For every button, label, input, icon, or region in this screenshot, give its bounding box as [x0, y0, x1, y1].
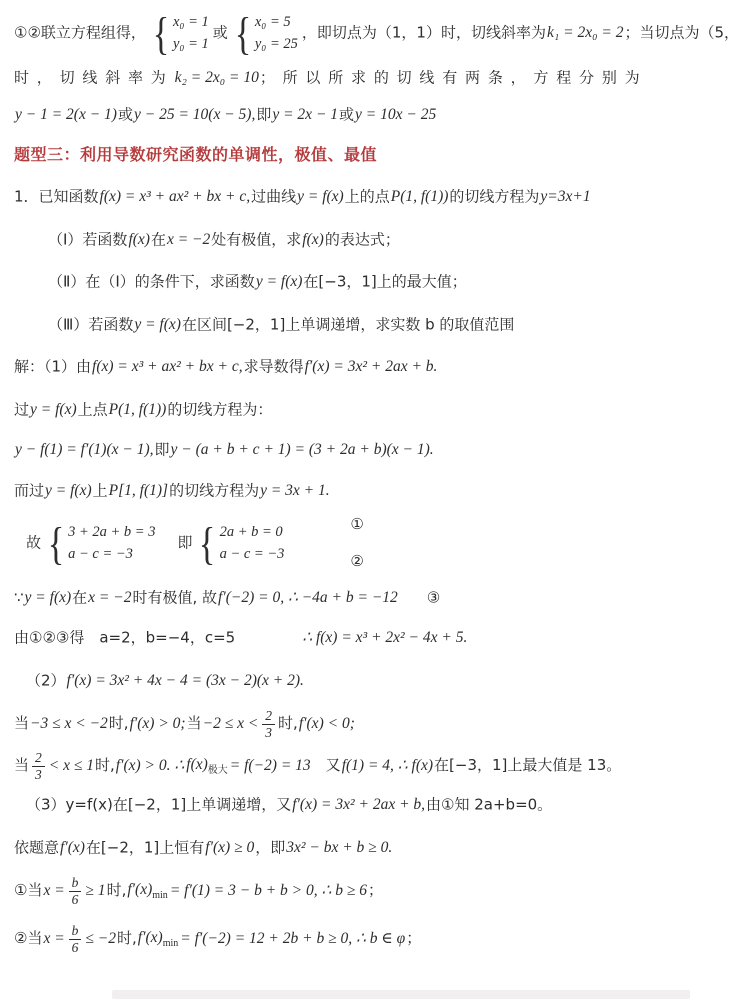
- text-run: 由①②③得 a=2，b=−4，c=5: [14, 628, 235, 646]
- math-run: P(1, f(1)): [108, 401, 168, 418]
- equation-rows: x₀ = 1y₀ = 1: [173, 14, 209, 52]
- text-run: 时,: [109, 714, 129, 732]
- text-run: ∵: [14, 588, 24, 606]
- text-run: 依题意: [14, 838, 59, 856]
- math-run: f′(x): [59, 839, 86, 856]
- text-run: ①当: [14, 881, 42, 899]
- text-run: 当: [14, 714, 29, 732]
- left-brace-icon: {: [48, 524, 65, 563]
- text-run: 上点: [78, 400, 108, 418]
- math-run: ∴ f(x) = x³ + 2x² − 4x + 5.: [301, 629, 468, 646]
- text-run: ；: [406, 929, 421, 947]
- math-run: f(x): [127, 231, 151, 248]
- math-run: f′(x)min: [126, 881, 168, 898]
- text-run: ；: [368, 881, 383, 899]
- math-subscript: 极大: [208, 765, 228, 776]
- line-part3-setup: （3）y=f(x)在[−2，1]上单调递增，又f′(x) = 3x² + 2ax…: [14, 794, 723, 816]
- text-run: 过: [14, 400, 29, 418]
- fraction: 23: [262, 708, 275, 740]
- line-part-3: （Ⅲ）若函数y = f(x)在区间[−2，1]上单调递增，求实数 b 的取值范围: [14, 314, 723, 336]
- text-run: ；当切点为（5，25）: [624, 24, 733, 42]
- math-run: f′(x) = 3x² + 2ax + b,: [291, 796, 426, 813]
- denominator: 3: [262, 725, 275, 741]
- text-run: 在[−2，1]上恒有: [86, 838, 204, 856]
- left-brace-icon: {: [153, 14, 170, 53]
- line-system: 故{3 + 2a + b = 3a − c = −3即{2a + b = 0a …: [14, 514, 723, 573]
- text-run: 的切线方程为：: [167, 400, 272, 418]
- line-tangent-at-p: 过y = f(x)上点P(1, f(1))的切线方程为：: [14, 399, 723, 421]
- text-run: ②当: [14, 929, 42, 947]
- text-run: 时,: [117, 929, 137, 947]
- math-run: ≤ −2: [84, 930, 117, 947]
- text-run: 时,: [95, 756, 115, 774]
- denominator: 3: [32, 767, 45, 783]
- line-part-2: （Ⅱ）在（Ⅰ）的条件下，求函数y = f(x)在[−3，1]上的最大值；: [14, 271, 723, 293]
- math-run: y = f(x): [133, 316, 182, 333]
- math-run: < x ≤ 1: [48, 757, 95, 774]
- equation-system: {3 + 2a + b = 3a − c = −3: [45, 524, 155, 563]
- numerator: 2: [32, 750, 45, 767]
- math-run: x =: [42, 930, 65, 947]
- numerator: b: [69, 875, 82, 892]
- math-run: = f′(−2) = 12 + 2b + b ≥ 0, ∴ b ∈ φ: [179, 930, 406, 947]
- math-run: 3x² − bx + b ≥ 0.: [285, 839, 393, 856]
- equation-row: y₀ = 1: [173, 36, 209, 53]
- text-run: （2）: [26, 671, 66, 689]
- circled-number-tag: ①: [350, 514, 363, 536]
- line-problem-1: 1．已知函数f(x) = x³ + ax² + bx + c,过曲线y = f(…: [14, 186, 723, 208]
- math-run: x = −2: [166, 231, 211, 248]
- fraction: b6: [69, 875, 82, 907]
- text-run: 在: [72, 588, 87, 606]
- math-base: f(x): [186, 756, 208, 773]
- text-run: 而过: [14, 481, 44, 499]
- equation-system: {x₀ = 1y₀ = 1: [150, 14, 209, 53]
- text-run: 题型三：利用导数研究函数的单调性，极值、最值: [14, 145, 377, 164]
- text-run: 1．已知函数: [14, 188, 99, 206]
- line-extreme-condition: ∵y = f(x)在x = −2时有极值, 故f′(−2) = 0, ∴ −4a…: [14, 587, 723, 609]
- text-run: ，即切点为（1，1）时，切线斜率为: [302, 24, 546, 42]
- denominator: 6: [69, 892, 82, 908]
- equation-rows: 3 + 2a + b = 3a − c = −3: [68, 524, 155, 562]
- text-run: 时,: [107, 881, 127, 899]
- math-run: f′(x) > 0. ∴: [115, 757, 185, 774]
- line-slope-two: 时，切线斜率为k₂ = 2x₀ = 10；所以所求的切线有两条，方程分别为: [14, 67, 723, 89]
- text-run: ①②联立方程组得，: [14, 24, 146, 42]
- text-run: ，即: [255, 838, 285, 856]
- equation-row: x₀ = 5: [255, 14, 298, 31]
- math-run: x = −2: [87, 589, 132, 606]
- equation-rows: x₀ = 5y₀ = 25: [255, 14, 298, 52]
- denominator: 6: [69, 940, 82, 956]
- text-run: 故: [26, 533, 41, 551]
- math-subscript: min: [152, 890, 168, 901]
- math-run: f′(x) = 3x² + 2ax + b.: [304, 358, 439, 375]
- math-run: P(1, f(1)): [390, 188, 450, 205]
- text-run: 即: [155, 440, 170, 458]
- text-run: （3）y=f(x)在[−2，1]上单调递增，又: [26, 795, 291, 813]
- text-run: 解：（1）由: [14, 357, 91, 375]
- line-solution-1: 解：（1）由f(x) = x³ + ax² + bx + c,求导数得f′(x)…: [14, 356, 723, 378]
- math-run: −2 ≤ x <: [202, 715, 260, 732]
- text-run: 时，切线斜率为: [14, 68, 174, 86]
- text-run: ；所以所求的切线有两条，方程分别为: [260, 68, 648, 86]
- text-run: 即: [177, 533, 192, 551]
- math-run: f′(x) > 0;: [129, 715, 187, 732]
- equation-row: a − c = −3: [220, 546, 285, 563]
- circled-number-tag: ②: [350, 551, 363, 573]
- math-run: y = f(x): [44, 482, 93, 499]
- text-run: 上的点: [345, 188, 390, 206]
- math-run: f(x): [301, 231, 325, 248]
- equation-system: {2a + b = 0a − c = −3: [196, 524, 284, 563]
- text-run: ③: [427, 588, 440, 606]
- document-page: ①②联立方程组得，{x₀ = 1y₀ = 1或{x₀ = 5y₀ = 25，即切…: [0, 0, 733, 1001]
- text-run: 由①知 2a+b=0。: [426, 795, 552, 813]
- math-run: f(x) = x³ + ax² + bx + c,: [91, 358, 244, 375]
- equation-row: 2a + b = 0: [220, 524, 285, 541]
- math-run: f′(x) = 3x² + 4x − 4 = (3x − 2)(x + 2).: [66, 672, 305, 689]
- document-body: ①②联立方程组得，{x₀ = 1y₀ = 1或{x₀ = 5y₀ = 25，即切…: [14, 14, 723, 955]
- line-inequality: 依题意f′(x)在[−2，1]上恒有f′(x) ≥ 0，即3x² − bx + …: [14, 837, 723, 859]
- text-run: 在[−3，1]上最大值是 13。: [434, 756, 621, 774]
- text-run: 的表达式；: [325, 230, 400, 248]
- text-run: 在区间[−2，1]上单调递增，求实数 b 的取值范围: [182, 315, 514, 333]
- line-sign-analysis-1: 当−3 ≤ x < −2时,f′(x) > 0;当−2 ≤ x <23时,f′(…: [14, 708, 723, 740]
- text-run: 的切线方程为: [449, 188, 539, 206]
- math-run: y = f(x): [296, 188, 345, 205]
- left-brace-icon: {: [235, 14, 252, 53]
- math-run: y = f(x): [24, 589, 73, 606]
- text-run: 在: [151, 230, 166, 248]
- line-part-1: （Ⅰ）若函数f(x)在x = −2处有极值，求f(x)的表达式；: [14, 229, 723, 251]
- math-run: y = 3x + 1.: [259, 482, 331, 499]
- math-run: f(1) = 4, ∴ f(x): [341, 757, 434, 774]
- math-run: y − (a + b + c + 1) = (3 + 2a + b)(x − 1…: [170, 441, 435, 458]
- line-tangent-expanded: y − f(1) = f′(1)(x − 1),即y − (a + b + c …: [14, 439, 723, 461]
- math-run: = f(−2) = 13: [229, 757, 312, 774]
- text-run: 当: [187, 714, 202, 732]
- text-run: 时,: [278, 714, 298, 732]
- line-case-2: ②当x =b6≤ −2时,f′(x)min= f′(−2) = 12 + 2b …: [14, 923, 723, 955]
- math-run: f′(x)min: [137, 929, 179, 946]
- numerator: b: [69, 923, 82, 940]
- math-run: y − f(1) = f′(1)(x − 1),: [14, 441, 155, 458]
- math-run: k₁ = 2x₀ = 2: [546, 24, 624, 41]
- math-run: y − 1 = 2(x − 1): [14, 106, 118, 123]
- text-run: 当: [14, 756, 29, 774]
- text-run: 在[−3，1]上的最大值；: [303, 272, 466, 290]
- line-part2-derivative: （2）f′(x) = 3x² + 4x − 4 = (3x − 2)(x + 2…: [14, 670, 723, 692]
- line-case-1: ①当x =b6≥ 1时,f′(x)min= f′(1) = 3 − b + b …: [14, 875, 723, 907]
- scan-shadow-bar: [112, 990, 690, 999]
- numerator: 2: [262, 708, 275, 725]
- line-tangent-given: 而过y = f(x)上P[1, f(1)]的切线方程为y = 3x + 1.: [14, 480, 723, 502]
- text-run: （Ⅲ）若函数: [48, 315, 133, 333]
- math-run: y = f(x): [255, 273, 304, 290]
- text-run: 过曲线: [251, 188, 296, 206]
- math-run: −3 ≤ x < −2: [29, 715, 109, 732]
- text-run: 或: [339, 105, 354, 123]
- math-run: f(x) = x³ + ax² + bx + c,: [99, 188, 252, 205]
- text-run: 即: [256, 105, 271, 123]
- math-base: f′(x): [138, 929, 163, 946]
- line-abc-values: 由①②③得 a=2，b=−4，c=5∴ f(x) = x³ + 2x² − 4x…: [14, 627, 723, 649]
- math-run: y = 2x − 1: [271, 106, 339, 123]
- math-run: P[1, f(1)]: [108, 482, 169, 499]
- fraction: 23: [32, 750, 45, 782]
- equation-rows: 2a + b = 0a − c = −3: [220, 524, 285, 562]
- math-run: ≥ 1: [84, 882, 106, 899]
- line-union-solve: ①②联立方程组得，{x₀ = 1y₀ = 1或{x₀ = 5y₀ = 25，即切…: [14, 14, 723, 53]
- math-run: f′(x) < 0;: [298, 715, 356, 732]
- math-run: f′(x) ≥ 0: [204, 839, 255, 856]
- math-run: y = f(x): [29, 401, 78, 418]
- text-run: 或: [213, 24, 228, 42]
- text-run: 时有极值, 故: [132, 588, 217, 606]
- math-run: y=3x+1: [539, 188, 591, 205]
- equation-row: a − c = −3: [68, 546, 155, 563]
- text-run: 又: [326, 756, 341, 774]
- math-run: x =: [42, 882, 65, 899]
- left-brace-icon: {: [199, 524, 216, 563]
- equation-row: x₀ = 1: [173, 14, 209, 31]
- math-base: f′(x): [127, 881, 152, 898]
- line-tangent-equations: y − 1 = 2(x − 1)或y − 25 = 10(x − 5),即y =…: [14, 104, 723, 126]
- equation-row: 3 + 2a + b = 3: [68, 524, 155, 541]
- math-subscript: min: [163, 938, 179, 949]
- text-run: （Ⅰ）若函数: [48, 230, 127, 248]
- text-run: 求导数得: [244, 357, 304, 375]
- math-run: k₂ = 2x₀ = 10: [174, 69, 260, 86]
- math-run: f(x)极大: [185, 756, 229, 773]
- math-run: = f′(1) = 3 − b + b > 0, ∴ b ≥ 6: [169, 882, 368, 899]
- line-sign-analysis-2: 当23< x ≤ 1时,f′(x) > 0. ∴f(x)极大= f(−2) = …: [14, 750, 723, 782]
- math-run: y − 25 = 10(x − 5),: [133, 106, 256, 123]
- text-run: 的切线方程为: [169, 481, 259, 499]
- text-run: 或: [118, 105, 133, 123]
- equation-system: {x₀ = 5y₀ = 25: [232, 14, 298, 53]
- tag-column: ①②: [350, 514, 363, 573]
- text-run: （Ⅱ）在（Ⅰ）的条件下，求函数: [48, 272, 255, 290]
- text-run: 上: [93, 481, 108, 499]
- section-title: 题型三：利用导数研究函数的单调性，极值、最值: [14, 142, 723, 166]
- text-run: 处有极值，求: [211, 230, 301, 248]
- fraction: b6: [69, 923, 82, 955]
- equation-row: y₀ = 25: [255, 36, 298, 53]
- math-run: f′(−2) = 0, ∴ −4a + b = −12: [217, 589, 399, 606]
- math-run: y = 10x − 25: [354, 106, 437, 123]
